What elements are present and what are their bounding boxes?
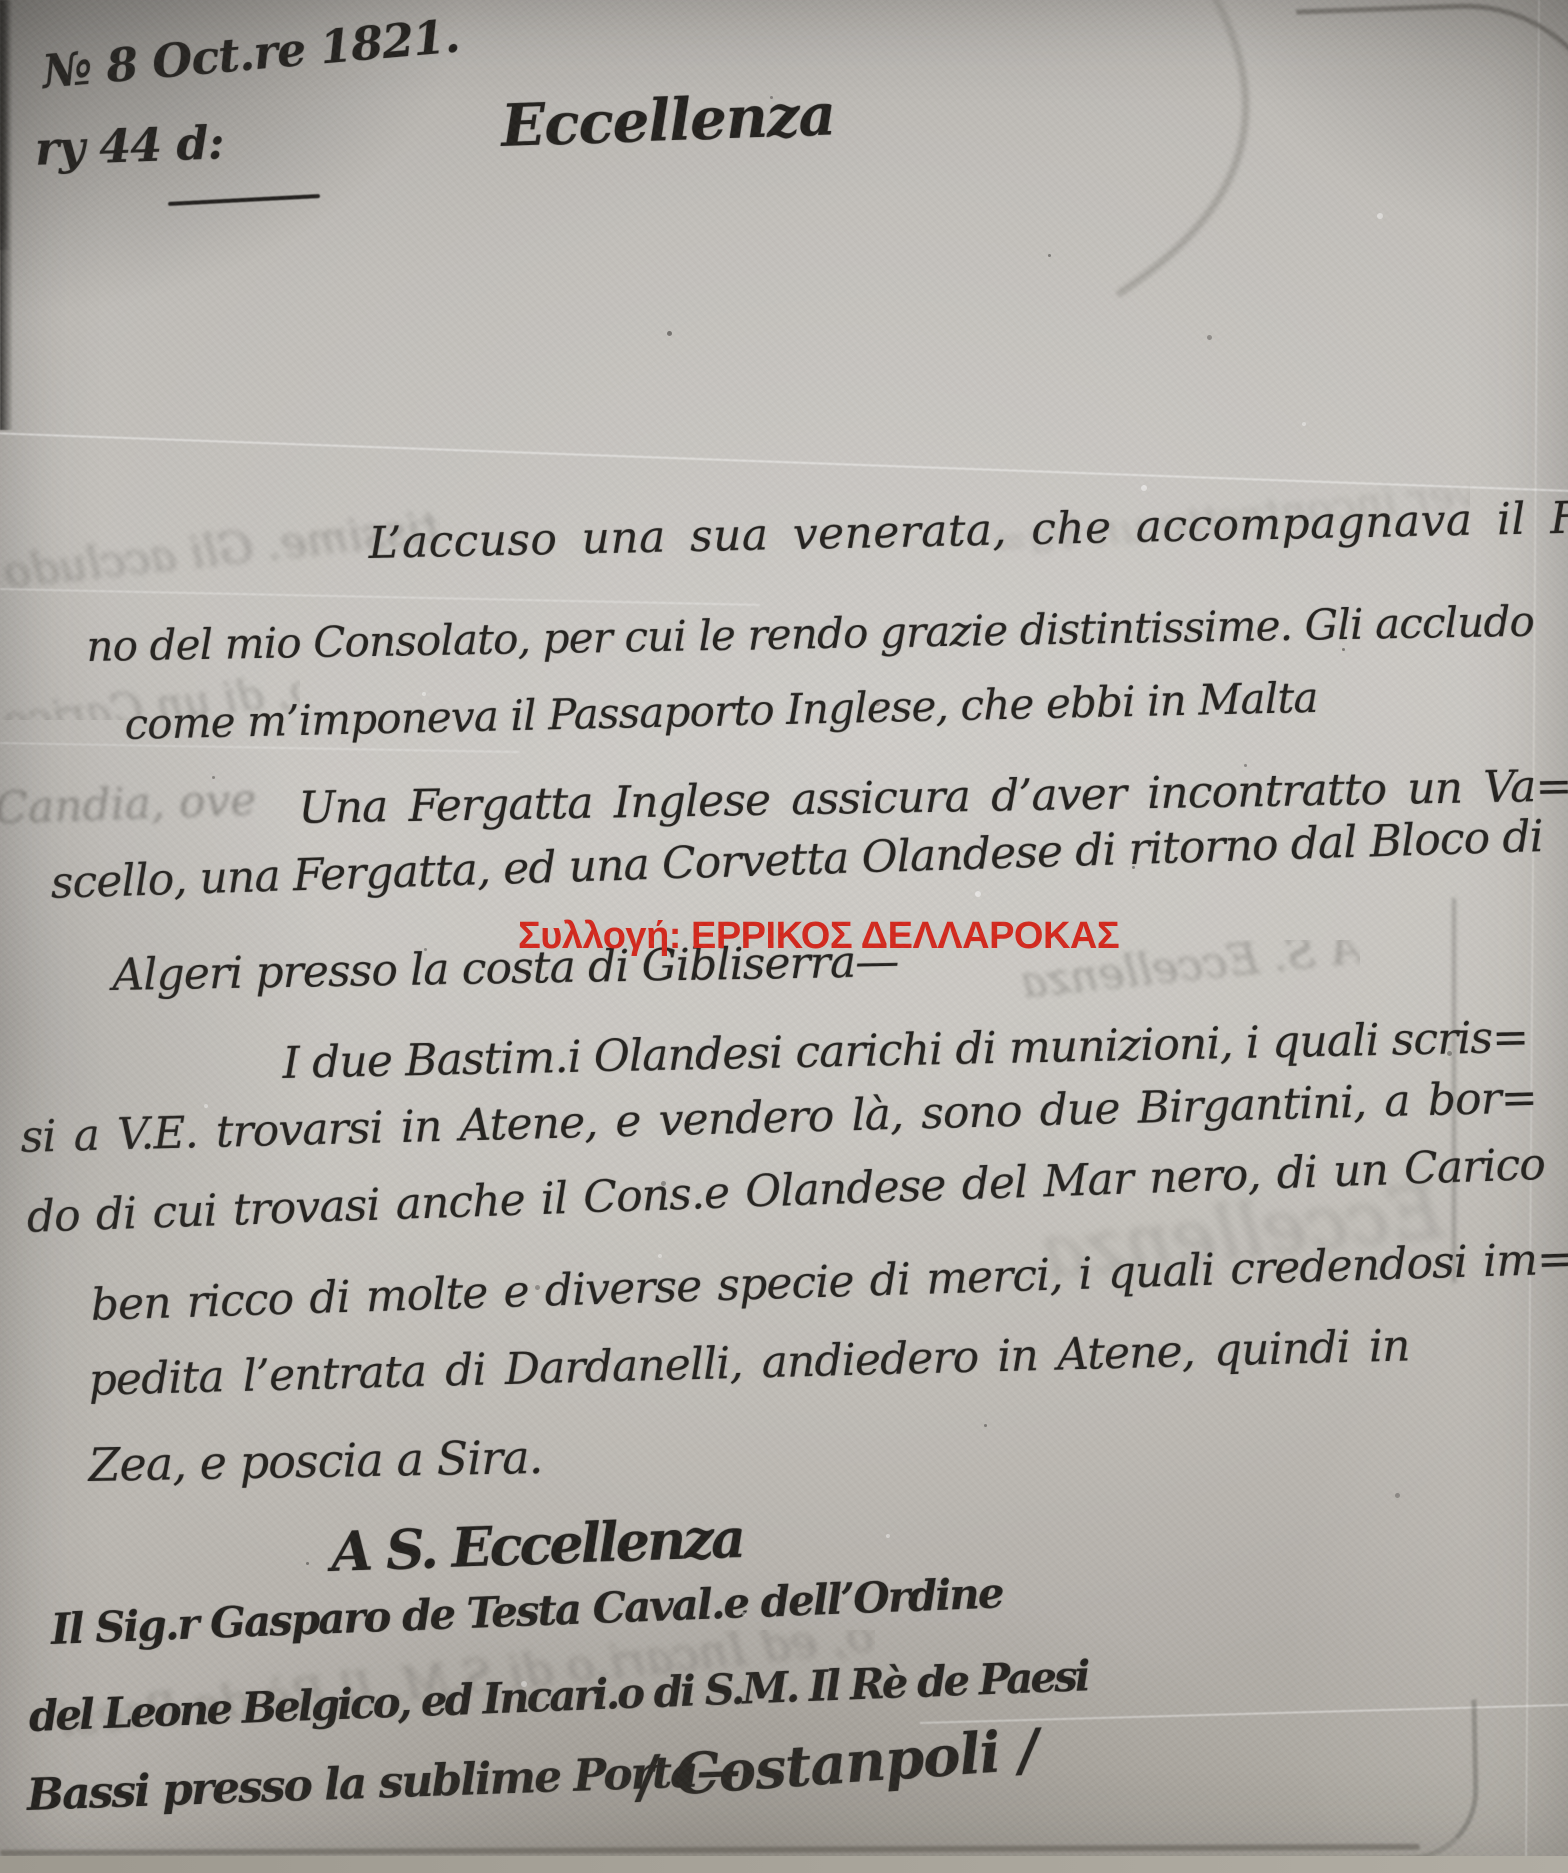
- paper-corner-top-right: [1296, 0, 1568, 234]
- signature: / Costanpoli /: [635, 1717, 1040, 1811]
- photo-edge-left: [0, 0, 8, 230]
- paper-crease-vertical: [1525, 0, 1540, 1873]
- body-line: come m’imponeva il Passaporto Inglese, c…: [124, 673, 1318, 749]
- body-line: scello, una Fergatta, ed una Corvetta Ol…: [50, 811, 1544, 909]
- collection-watermark: Συλλογή: ΕΡΡΙΚΟΣ ΔΕΛΛΑΡΟΚΑΣ: [518, 915, 1119, 958]
- body-line: pedita l’entrata di Dardanelli, andieder…: [88, 1320, 1410, 1406]
- paper-specks: [0, 0, 4, 4]
- ghost-line: la Candia, ove: [0, 780, 257, 837]
- paper-crease: [0, 432, 1568, 493]
- docket-number: ry 44 d:: [34, 115, 225, 176]
- closing-line: Bassi presso la sublime Porta—: [26, 1745, 739, 1821]
- body-line: ben ricco di molte e diverse specie di m…: [90, 1233, 1568, 1331]
- document-photo: no del mio Consolato, per cui le rendo g…: [0, 0, 1568, 1873]
- body-line: Zea, e poscia a Sira.: [88, 1430, 543, 1492]
- docket-underline: [168, 194, 320, 206]
- photo-bottom-band: [0, 1856, 1568, 1873]
- body-line: no del mio Consolato, per cui le rendo g…: [86, 597, 1534, 671]
- closing-line: Il Sig.r Gasparo de Testa Caval.e dell’O…: [50, 1568, 1003, 1654]
- paper-fold-bottom-right: [1082, 1700, 1480, 1867]
- docket-date: № 8 Oct.re 1821.: [40, 9, 461, 99]
- closing-address: A S. Eccellenza: [330, 1506, 744, 1584]
- salutation: Eccellenza: [500, 80, 836, 160]
- body-line: L’accuso una sua venerata, che accompagn…: [368, 490, 1568, 569]
- paper-crease: [0, 588, 760, 606]
